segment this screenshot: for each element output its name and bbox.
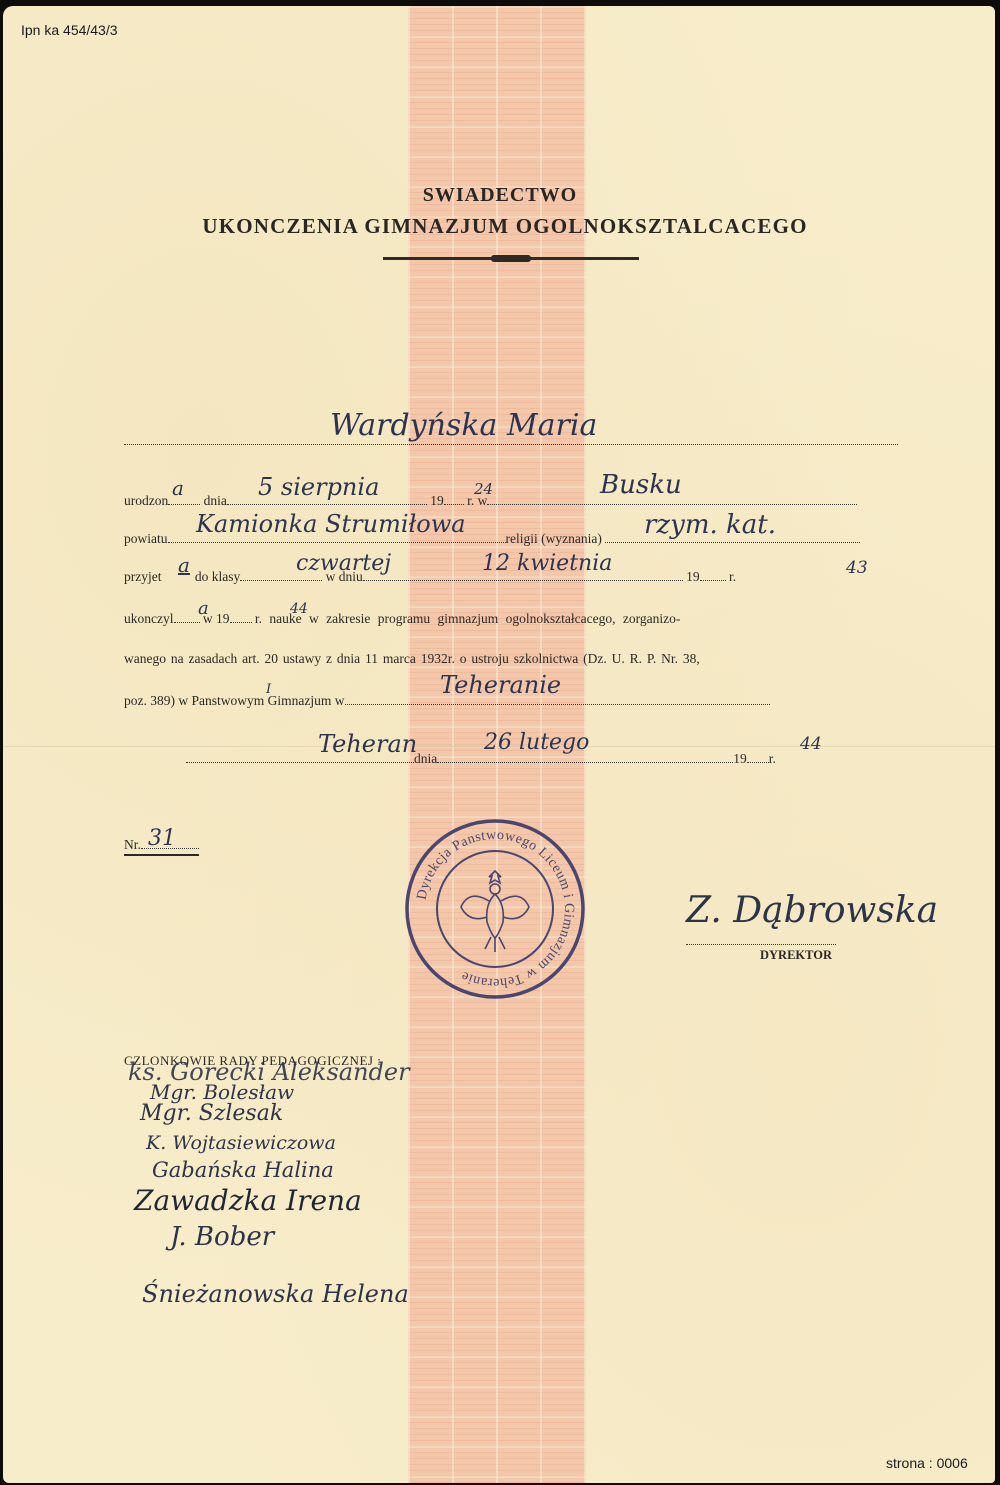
- completed-year: 44: [290, 601, 308, 617]
- law-line: wanego na zasadach art. 20 ustawy z dnia…: [124, 651, 700, 667]
- completed-text: r. nauke w zakresie programu gimnazjum o…: [255, 611, 680, 626]
- archive-reference: Ipn ka 454/43/3: [21, 22, 118, 38]
- page-label: strona : 0006: [886, 1455, 968, 1471]
- issue-place: Teheran: [318, 730, 417, 758]
- issue-year: 44: [800, 734, 822, 754]
- eagle-emblem-icon: [461, 871, 529, 952]
- director-title: DYREKTOR: [760, 948, 832, 963]
- year-prefix: 19: [430, 493, 444, 508]
- born-suffix: a: [172, 476, 184, 500]
- school-city: Teheranie: [440, 671, 561, 699]
- document-subtitle: UKONCZENIA GIMNAZJUM OGOLNOKSZTALCACEGO: [0, 214, 1000, 239]
- class-label: do klasy: [195, 569, 240, 584]
- issue-date: 26 lutego: [484, 730, 589, 755]
- council-signature-7: J. Bober: [170, 1222, 274, 1252]
- admitted-line: przyjet do klasy w dniu 19 r.: [124, 568, 736, 585]
- number-label: Nr.: [124, 837, 141, 852]
- issue-year-r: r.: [769, 751, 776, 766]
- issue-line: dnia19r.: [186, 750, 776, 767]
- admitted-label: przyjet: [124, 569, 161, 584]
- class-value: czwartej: [296, 551, 391, 576]
- director-signature-line: [686, 932, 836, 949]
- admitted-year-r: r.: [729, 569, 736, 584]
- name-line: [124, 432, 898, 449]
- council-signature-3: Mgr. Szlesak: [140, 1101, 283, 1126]
- admitted-suffix: a: [178, 553, 190, 577]
- completed-suffix: a: [198, 598, 209, 619]
- director-signature: Z. Dąbrowska: [686, 890, 938, 931]
- birth-year: 24: [474, 480, 493, 498]
- council-signature-8: Śnieżanowska Helena: [142, 1280, 409, 1308]
- school-insert: I: [266, 682, 271, 697]
- admitted-year: 43: [846, 558, 868, 578]
- stamp-seal-icon: Dyrekcja Panstwowego Liceum i Gimnazjum …: [403, 817, 587, 1001]
- document-title: SWIADECTWO: [0, 184, 1000, 207]
- svg-text:Dyrekcja Panstwowego Liceum i: Dyrekcja Panstwowego Liceum i Gimnazjum …: [415, 828, 576, 990]
- admitted-year-prefix: 19: [686, 569, 700, 584]
- issue-year-prefix: 19: [733, 751, 747, 766]
- number-value: 31: [148, 826, 176, 851]
- birth-place: Busku: [600, 470, 682, 500]
- issue-day-label: dnia: [414, 751, 437, 766]
- school-prefix: poz. 389) w: [124, 693, 188, 708]
- council-signature-6: Zawadzka Irena: [134, 1184, 362, 1217]
- religion-value: rzym. kat.: [644, 510, 776, 540]
- county-label: powiatu: [124, 531, 168, 546]
- school-stamp: Dyrekcja Panstwowego Liceum i Gimnazjum …: [403, 817, 587, 1001]
- birth-date: 5 sierpnia: [258, 473, 379, 501]
- born-label: urodzon: [124, 493, 168, 508]
- religion-label: religii (wyznania): [506, 531, 602, 546]
- title-ornament-rule: [383, 257, 639, 260]
- council-signature-5: Gabańska Halina: [152, 1158, 334, 1182]
- county-value: Kamionka Strumiłowa: [196, 510, 466, 538]
- admitted-date: 12 kwietnia: [482, 551, 612, 576]
- day-label: dnia: [204, 493, 227, 508]
- council-signature-4: K. Wojtasiewiczowa: [146, 1132, 336, 1154]
- completed-label: ukonczyl: [124, 611, 174, 626]
